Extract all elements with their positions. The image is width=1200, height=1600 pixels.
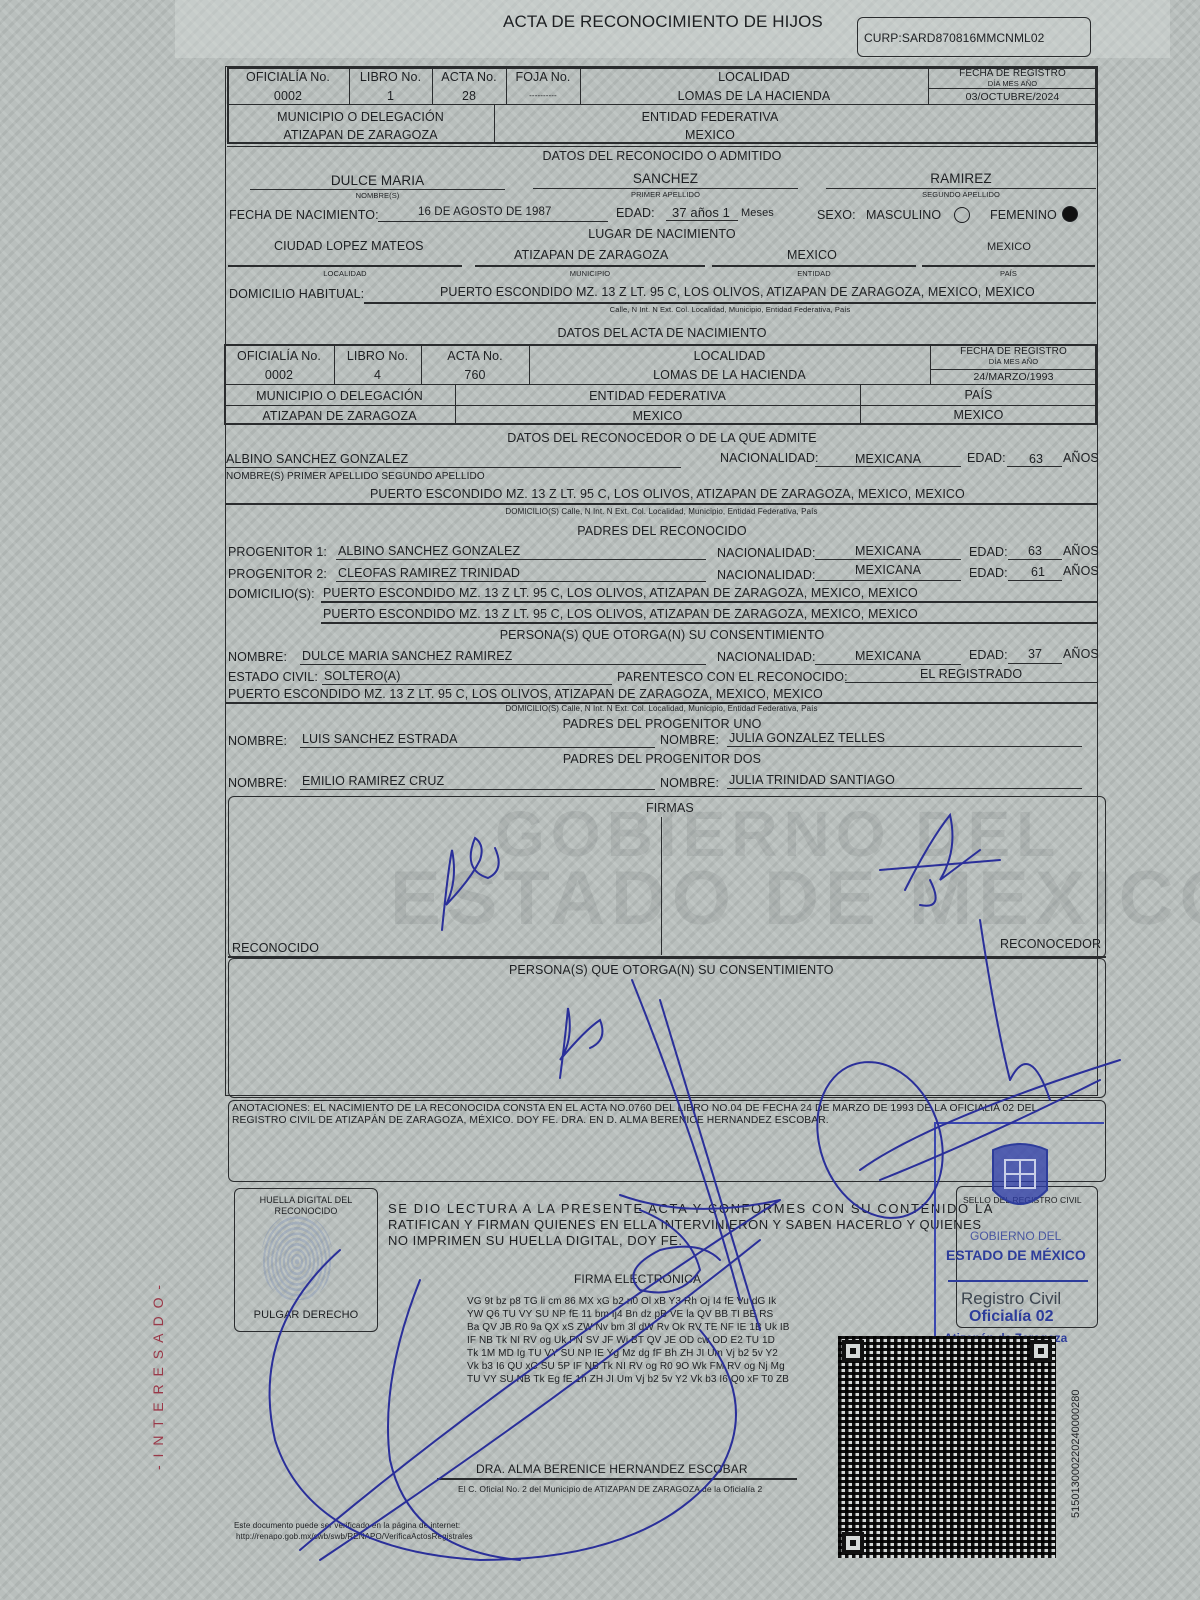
underline [321,622,1097,624]
underline [815,559,961,560]
label-domicilio-habitual: DOMICILIO HABITUAL: [229,287,364,301]
reconocido-segundo-apellido: RAMIREZ [826,171,1096,186]
divider [224,405,1097,406]
label-consentimiento-edad: EDAD: [969,648,1008,662]
consentimiento-edad: 37 [1028,647,1042,661]
label-parentesco: PARENTESCO CON EL RECONOCIDO: [617,670,848,684]
lugar-municipio: ATIZAPAN DE ZARAGOZA [514,248,668,262]
consentimiento-firma-title: PERSONA(S) QUE OTORGA(N) SU CONSENTIMIEN… [509,963,834,977]
consentimiento-firma-box [228,958,1106,1098]
reconocedor-domicilio: PUERTO ESCONDIDO MZ. 13 Z LT. 95 C, LOS … [370,487,965,501]
pp1-madre: JULIA GONZALEZ TELLES [729,731,885,745]
reconocedor-edad: 63 [1029,452,1043,466]
progenitor-2-edad: 61 [1031,565,1045,579]
value-an-libro: 4 [334,368,421,382]
qr-finder [1030,1340,1052,1362]
lectura-line2: RATIFICAN Y FIRMAN QUIENES EN ELLA INTER… [388,1217,982,1232]
reconocido-nombre: DULCE MARIA [250,173,505,188]
underline [336,559,706,560]
label-an-pais: PAÍS [860,388,1097,402]
value-an-fecha-registro: 24/MARZO/1993 [930,371,1097,383]
label-consentimiento-nombre: NOMBRE: [228,650,287,664]
label-domicilios: DOMICILIO(S): [228,587,315,601]
domicilio-hint: Calle, N Int. N Ext. Col. Localidad, Mun… [364,305,1096,314]
underline [322,684,612,685]
progenitor-1-nombre: ALBINO SANCHEZ GONZALEZ [338,544,520,558]
firma-electronica-line: TU VY SU NB Tk Eg fE 1h ZH JI Um Vj b2 5… [467,1374,789,1385]
value-an-entidad: MEXICO [455,409,860,423]
label-primer-apellido: PRIMER APELLIDO [533,190,798,199]
domicilio-progenitor-2: PUERTO ESCONDIDO MZ. 13 Z LT. 95 C, LOS … [323,607,918,621]
value-municipio: ATIZAPAN DE ZARAGOZA [227,128,494,142]
value-an-acta: 760 [421,368,529,382]
firma-reconocido-label: RECONOCIDO [232,941,319,955]
progenitor-2-nombre: CLEOFAS RAMIREZ TRINIDAD [338,566,520,580]
label-an-fecha-sub: DÍA MES AÑO [930,357,1097,366]
progenitor-1-edad: 63 [1028,544,1042,558]
progenitor-1-nacionalidad: MEXICANA [855,544,921,558]
label-an-localidad: LOCALIDAD [529,349,930,363]
label-localidad: LOCALIDAD [228,269,462,278]
verificacion-url[interactable]: http://renapo.gob.mx/swb/swb/RENAPO/Veri… [236,1532,473,1541]
value-entidad: MEXICO [494,128,926,142]
label-fecha-sub: DÍA MES AÑO [928,79,1097,88]
firmas-title: FIRMAS [646,801,694,815]
label-an-municipio: MUNICIPIO O DELEGACIÓN [224,389,455,403]
progenitor-2-edad-unit: AÑOS [1063,564,1099,578]
value-an-localidad: LOMAS DE LA HACIENDA [529,368,930,382]
underline [437,1478,797,1480]
pp2-padre: EMILIO RAMIREZ CRUZ [302,774,444,788]
underline [815,466,961,467]
reconocedor-edad-unit: AÑOS [1063,451,1099,465]
parentesco: EL REGISTRADO [920,667,1022,681]
domicilio-progenitor-1: PUERTO ESCONDIDO MZ. 13 Z LT. 95 C, LOS … [323,586,918,600]
reconocedor-domicilio-hint: DOMICILIO(S) Calle, N Int. N Ext. Col. L… [226,507,1097,516]
label-edad: EDAD: [616,206,655,220]
firma-electronica-line: IF NB Tk NI RV og Uk FN SV JF Wi BT QV J… [467,1335,775,1346]
fecha-nacimiento: 16 DE AGOSTO DE 1987 [418,206,551,218]
underline [250,189,505,190]
value-fecha-registro: 03/OCTUBRE/2024 [928,91,1097,103]
lectura-line1: SE DIO LECTURA A LA PRESENTE ACTA Y CONF… [388,1201,994,1216]
label-progenitor-2-edad: EDAD: [969,566,1008,580]
underline [1007,466,1062,467]
value-an-oficialia: 0002 [224,368,334,382]
firma-electronica-line: Tk 1M MD Ig TU VY SU NP IE Yg Mz dg fF B… [467,1348,778,1359]
underline [666,220,738,221]
label-libro: LIBRO No. [349,70,432,84]
sello-divider [948,1280,1088,1282]
label-an-libro: LIBRO No. [334,349,421,363]
label-localidad: LOCALIDAD [580,70,928,84]
consentimiento-nacionalidad: MEXICANA [855,649,921,663]
reconocedor-nacionalidad: MEXICANA [855,452,921,466]
label-progenitor-1-nacionalidad: NACIONALIDAD: [717,546,816,560]
oficial-nombre: DRA. ALMA BERENICE HERNANDEZ ESCOBAR [476,1462,748,1476]
label-entidad: ENTIDAD [712,269,916,278]
edad-unit: Meses [741,207,774,219]
label-an-acta: ACTA No. [421,349,529,363]
lugar-localidad: CIUDAD LOPEZ MATEOS [274,239,424,253]
firma-electronica-line: Vk b3 I6 QU xC SU 5P IF NB Tk NI RV og R… [467,1361,785,1372]
underline [226,503,1097,505]
divider [227,146,1097,147]
label-pp2-padre: NOMBRE: [228,776,287,790]
watermark-estado: ESTADO DE MEXICO [390,855,1200,942]
divider [930,369,1097,370]
value-acta: 28 [432,89,506,103]
label-pais: PAÍS [922,269,1095,278]
underline [1008,663,1062,664]
side-label-interesado: - I N T E R E S A D O - [150,1283,166,1470]
divider [227,104,1097,105]
consentimiento-edad-unit: AÑOS [1063,647,1099,661]
label-entidad: ENTIDAD FEDERATIVA [494,110,926,124]
underline [922,265,1095,267]
label-an-oficialia: OFICIALÍA No. [224,349,334,363]
sexo-option-femenino: FEMENINO [990,208,1057,222]
label-municipio: MUNICIPIO [475,269,705,278]
label-fecha-nacimiento: FECHA DE NACIMIENTO: [229,208,379,222]
label-progenitor-2-nacionalidad: NACIONALIDAD: [717,568,816,582]
pp1-padre: LUIS SANCHEZ ESTRADA [302,732,458,746]
underline [815,580,961,581]
verificacion-line1: Este documento puede ser verificado en l… [234,1521,460,1530]
section-consentimiento: PERSONA(S) QUE OTORGA(N) SU CONSENTIMIEN… [227,628,1097,642]
underline [228,265,462,267]
qr-serial: 515013000220240000280 [1070,1390,1082,1518]
value-an-municipio: ATIZAPAN DE ZARAGOZA [224,409,455,423]
sello-gobierno: GOBIERNO DEL [970,1229,1061,1243]
anotaciones-line1: ANOTACIONES: EL NACIMIENTO DE LA RECONOC… [232,1103,1037,1114]
pp2-madre: JULIA TRINIDAD SANTIAGO [729,773,895,787]
label-nombres: NOMBRE(S) [250,191,505,200]
anotaciones-line2: REGISTRO CIVIL DE ATIZAPÁN DE ZARAGOZA, … [232,1115,829,1126]
qr-finder [842,1532,864,1554]
sello-oficialia: Oficialía 02 [969,1308,1054,1326]
underline [226,467,681,468]
section-padres-progenitor-dos: PADRES DEL PROGENITOR DOS [227,752,1097,766]
progenitor-1-edad-unit: AÑOS [1063,544,1099,558]
sello-registro: Registro Civil [961,1289,1061,1309]
label-acta: ACTA No. [432,70,506,84]
underline [321,601,1097,603]
document-title: ACTA DE RECONOCIMIENTO DE HIJOS [503,12,823,32]
value-oficialia: 0002 [227,89,349,103]
huella-label: PULGAR DERECHO [234,1309,378,1321]
label-oficialia: OFICIALÍA No. [227,70,349,84]
consentimiento-domicilio-hint: DOMICILIO(S) Calle, N Int. N Ext. Col. L… [226,704,1097,713]
underline [815,664,961,665]
section-padres-progenitor-uno: PADRES DEL PROGENITOR UNO [227,717,1097,731]
lugar-pais: MEXICO [987,241,1031,253]
firma-electronica-line: Ba QV JB R0 9a QX xS ZW Nv bm 3l dW Rv O… [467,1322,790,1333]
radio-masculino[interactable] [954,207,970,223]
sexo-option-masculino: MASCULINO [866,208,941,222]
label-consentimiento-nacionalidad: NACIONALIDAD: [717,650,816,664]
firma-electronica-line: YW Q6 TU VY SU NP fE 11 bm Ij4 Bn dz pB … [467,1309,773,1320]
label-reconocedor-nacionalidad: NACIONALIDAD: [720,451,819,465]
firma-reconocedor-label: RECONOCEDOR [1000,937,1101,951]
underline [336,581,706,582]
reconocido-primer-apellido: SANCHEZ [533,171,798,186]
underline [364,302,1096,304]
divider [224,384,1097,385]
label-progenitor-2: PROGENITOR 2: [228,567,327,581]
sello-label: SELLO DEL REGISTRO CIVIL [963,1195,1082,1205]
underline [1008,580,1062,581]
value-an-pais: MEXICO [860,408,1097,422]
label-progenitor-1-edad: EDAD: [969,545,1008,559]
document-page: ACTA DE RECONOCIMIENTO DE HIJOS CURP:SAR… [0,0,1200,1600]
value-localidad: LOMAS DE LA HACIENDA [580,89,928,103]
sello-estado: ESTADO DE MÉXICO [946,1247,1086,1263]
qr-code [838,1336,1056,1558]
section-reconocedor: DATOS DEL RECONOCEDOR O DE LA QUE ADMITE [227,431,1097,445]
underline [300,789,655,790]
oficial-cargo: El C. Oficial No. 2 del Municipio de ATI… [458,1484,762,1494]
lugar-entidad: MEXICO [787,248,837,262]
reconocedor-nombre: ALBINO SANCHEZ GONZALEZ [226,452,408,466]
underline [1008,559,1062,560]
label-pp1-madre: NOMBRE: [660,733,719,747]
underline [727,746,1082,747]
label-fecha-registro: FECHA DE REGISTRO [928,68,1097,79]
label-an-entidad: ENTIDAD FEDERATIVA [455,389,860,403]
lectura-line3: NO IMPRIMEN SU HUELLA DIGITAL, DOY FE. [388,1233,682,1248]
underline [826,188,1096,189]
underline [378,221,608,222]
label-foja: FOJA No. [506,70,580,84]
label-an-fecha-registro: FECHA DE REGISTRO [930,346,1097,357]
label-reconocedor-edad: EDAD: [967,451,1006,465]
estado-civil: SOLTERO(A) [324,669,400,683]
underline [712,265,916,267]
underline [300,747,655,748]
underline [727,788,1082,789]
label-pp2-madre: NOMBRE: [660,776,719,790]
edad: 37 años 1 [672,205,730,220]
label-municipio: MUNICIPIO O DELEGACIÓN [227,110,494,124]
reconocedor-nombre-hint: NOMBRE(S) PRIMER APELLIDO SEGUNDO APELLI… [226,471,485,482]
underline [475,265,705,267]
label-progenitor-1: PROGENITOR 1: [228,545,327,559]
label-sexo: SEXO: [817,208,856,222]
underline [845,682,1097,683]
value-foja: ---------- [506,91,580,100]
curp: CURP:SARD870816MMCNML02 [864,31,1044,45]
divider [661,817,662,955]
label-estado-civil: ESTADO CIVIL: [228,670,318,684]
value-libro: 1 [349,89,432,103]
underline [533,188,798,189]
progenitor-2-nacionalidad: MEXICANA [855,563,921,577]
qr-finder [842,1340,864,1362]
label-segundo-apellido: SEGUNDO APELLIDO [826,190,1096,199]
consentimiento-domicilio: PUERTO ESCONDIDO MZ. 13 Z LT. 95 C, LOS … [228,687,823,701]
fingerprint-image [262,1215,332,1300]
section-padres-reconocido: PADRES DEL RECONOCIDO [227,524,1097,538]
label-pp1-padre: NOMBRE: [228,734,287,748]
firma-electronica-title: FIRMA ELECTRONICA [574,1272,701,1286]
domicilio-habitual: PUERTO ESCONDIDO MZ. 13 Z LT. 95 C, LOS … [440,285,1035,299]
underline [300,664,706,665]
divider [928,88,1097,89]
section-reconocido: DATOS DEL RECONOCIDO O ADMITIDO [227,149,1097,163]
radio-femenino-selected[interactable] [1062,206,1078,222]
section-acta-nacimiento: DATOS DEL ACTA DE NACIMIENTO [227,326,1097,340]
consentimiento-nombre: DULCE MARIA SANCHEZ RAMIREZ [302,649,512,663]
firma-electronica-line: VG 9t bz p8 TG li cm 86 MX xG b2 n0 Ol x… [467,1296,776,1307]
huella-title: HUELLA DIGITAL DEL RECONOCIDO [234,1195,378,1217]
